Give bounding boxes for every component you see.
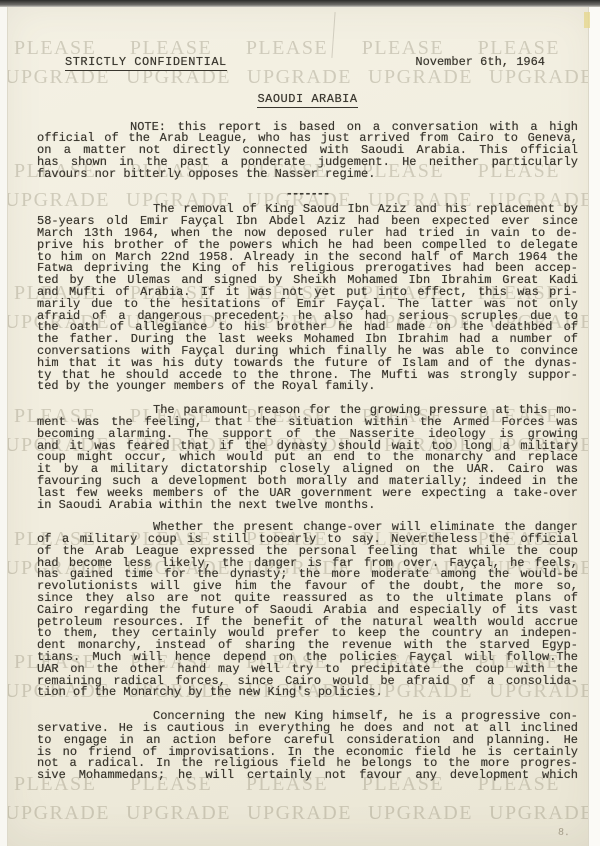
text-line: sive Mohammedans; he will certainly not … (37, 770, 578, 782)
classification-stamp: STRICTLY CONFIDENTIAL (65, 57, 227, 71)
document-body: NOTE: this report is based on a conversa… (37, 122, 578, 782)
paragraph-note: NOTE: this report is based on a conversa… (37, 122, 578, 181)
paragraph-p3: Whether the present change-over will eli… (37, 522, 578, 699)
text-line: favours nor bitterly opposes the Nasser … (37, 169, 578, 181)
watermark-word: UPGRADE (5, 803, 110, 823)
text-line: tion of the Monarchy by the new King's p… (37, 687, 578, 699)
title-row: SAOUDI ARABIA (37, 94, 578, 108)
scan-edge-top (0, 0, 600, 7)
paragraph-p1: The removal of King Saoud Ibn Aziz and h… (37, 204, 578, 393)
paper-crease (331, 12, 335, 58)
section-separator: ------- (37, 189, 578, 201)
scan-edge-left (0, 5, 8, 846)
paragraph-p4: Concerning the new King himself, he is a… (37, 711, 578, 782)
page-number: 8. (558, 828, 571, 840)
watermark-word: PLEASE (246, 38, 328, 58)
document-header: STRICTLY CONFIDENTIAL November 6th, 1964 (37, 57, 578, 71)
paragraph-p2: The paramount reason for the growing pre… (37, 405, 578, 511)
document-page: PLEASEPLEASEPLEASEPLEASEPLEASEUPGRADEUPG… (0, 0, 600, 846)
watermark-word: UPGRADE (489, 803, 594, 823)
watermark-word: UPGRADE (126, 803, 231, 823)
watermark-row: UPGRADEUPGRADEUPGRADEUPGRADEUPGRADE (0, 803, 600, 823)
watermark-word: UPGRADE (247, 803, 352, 823)
document-content: STRICTLY CONFIDENTIAL November 6th, 1964… (37, 57, 578, 782)
document-title: SAOUDI ARABIA (257, 94, 357, 108)
text-line: ted by the younger members of the Royal … (37, 381, 578, 393)
watermark-word: UPGRADE (368, 803, 473, 823)
text-line: in Saoudi Arabia within the next twelve … (37, 500, 578, 512)
scan-edge-right (588, 5, 600, 846)
tape-mark (584, 12, 590, 28)
document-date: November 6th, 1964 (415, 57, 545, 71)
